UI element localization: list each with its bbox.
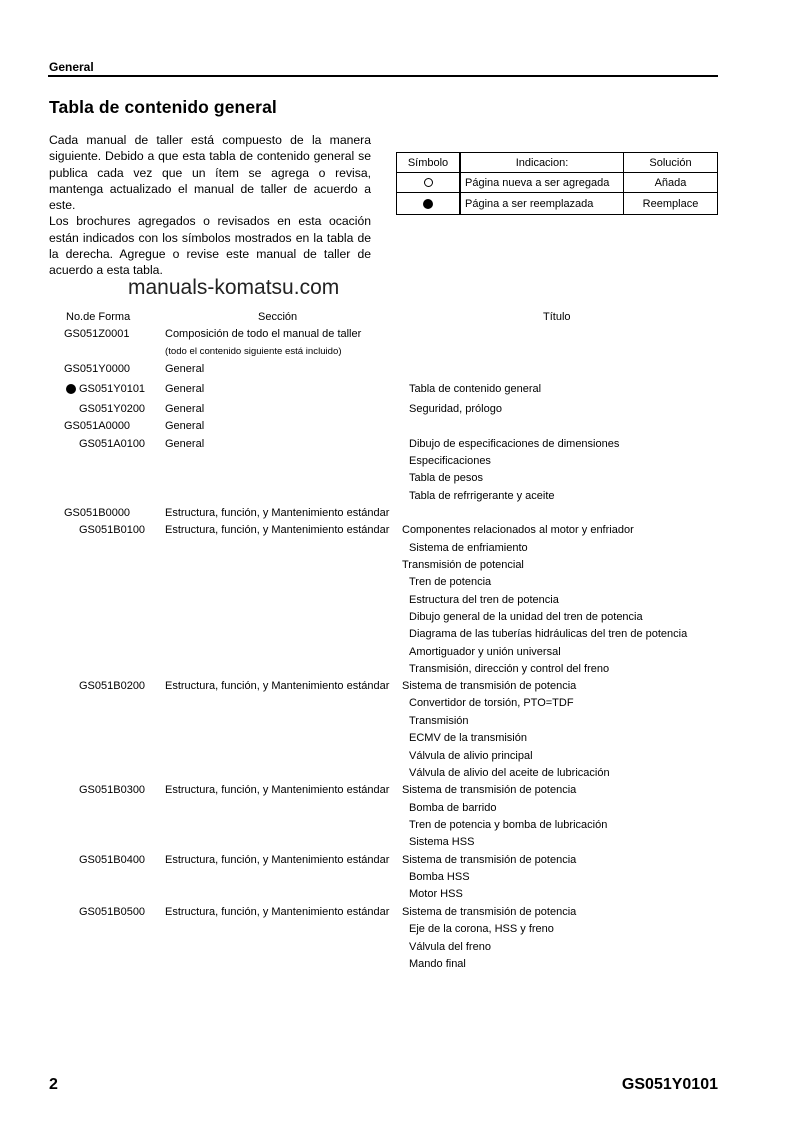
legend-row: Página a ser reemplazada Reemplace (397, 193, 718, 215)
section-name: General (165, 363, 204, 375)
legend-solution: Reemplace (624, 193, 718, 215)
section-name: (todo el contenido siguiente está inclui… (165, 346, 342, 357)
title-entry: Transmisión de potencial (402, 559, 524, 571)
section-name: General (165, 383, 204, 395)
form-number: GS051Y0101 (79, 383, 145, 395)
title-entry: Sistema de enfriamiento (409, 542, 528, 554)
column-header-title: Título (543, 311, 571, 323)
form-number: GS051B0400 (79, 854, 145, 866)
title-entry: Seguridad, prólogo (409, 403, 502, 415)
symbol-legend-table: Símbolo Indicacion: Solución Página nuev… (396, 152, 718, 215)
title-entry: Motor HSS (409, 888, 463, 900)
title-entry: Mando final (409, 958, 466, 970)
column-header-section: Sección (258, 311, 297, 323)
title-entry: Dibujo de especificaciones de dimensione… (409, 438, 619, 450)
legend-indication: Página a ser reemplazada (460, 193, 624, 215)
legend-indication: Página nueva a ser agregada (460, 173, 624, 193)
title-entry: Válvula del freno (409, 941, 491, 953)
title-entry: Convertidor de torsión, PTO=TDF (409, 697, 574, 709)
form-number: GS051Z0001 (64, 328, 129, 340)
title-entry: Sistema de transmisión de potencia (402, 680, 576, 692)
title-entry: Dibujo general de la unidad del tren de … (409, 611, 643, 623)
section-name: General (165, 438, 204, 450)
title-entry: Transmisión (409, 715, 469, 727)
form-number: GS051B0500 (79, 906, 145, 918)
page-number: 2 (49, 1076, 58, 1094)
title-entry: Bomba HSS (409, 871, 470, 883)
title-entry: ECMV de la transmisión (409, 732, 527, 744)
section-name: Estructura, función, y Mantenimiento est… (165, 906, 389, 918)
title-entry: Diagrama de las tuberías hidráulicas del… (409, 628, 687, 640)
legend-header-solution: Solución (624, 153, 718, 173)
form-number: GS051B0100 (79, 524, 145, 536)
section-name: Composición de todo el manual de taller (165, 328, 361, 340)
section-name: Estructura, función, y Mantenimiento est… (165, 524, 389, 536)
title-entry: Tabla de contenido general (409, 383, 541, 395)
legend-header-indication: Indicacion: (460, 153, 624, 173)
running-header: General (49, 60, 94, 74)
legend-header-symbol: Símbolo (397, 153, 461, 173)
form-number: GS051Y0200 (79, 403, 145, 415)
watermark-link[interactable]: manuals-komatsu.com (128, 276, 339, 300)
title-entry: Válvula de alivio del aceite de lubricac… (409, 767, 610, 779)
title-entry: Sistema de transmisión de potencia (402, 784, 576, 796)
legend-header-row: Símbolo Indicacion: Solución (397, 153, 718, 173)
intro-paragraph-2: Los brochures agregados o revisados en e… (49, 213, 371, 278)
column-header-form-no: No.de Forma (66, 311, 130, 323)
section-name: Estructura, función, y Mantenimiento est… (165, 507, 389, 519)
section-name: General (165, 403, 204, 415)
intro-paragraph-1: Cada manual de taller está compuesto de … (49, 132, 371, 213)
section-name: Estructura, función, y Mantenimiento est… (165, 854, 389, 866)
title-entry: Transmisión, dirección y control del fre… (409, 663, 609, 675)
title-entry: Componentes relacionados al motor y enfr… (402, 524, 634, 536)
title-entry: Sistema de transmisión de potencia (402, 854, 576, 866)
form-number: GS051Y0000 (64, 363, 130, 375)
form-number: GS051B0300 (79, 784, 145, 796)
title-entry: Válvula de alivio principal (409, 750, 533, 762)
open-circle-icon (424, 178, 433, 187)
title-entry: Tren de potencia y bomba de lubricación (409, 819, 607, 831)
footer-form-code: GS051Y0101 (622, 1076, 718, 1094)
header-divider (48, 75, 718, 77)
page-title: Tabla de contenido general (49, 97, 277, 118)
legend-row: Página nueva a ser agregada Añada (397, 173, 718, 193)
title-entry: Especificaciones (409, 455, 491, 467)
title-entry: Amortiguador y unión universal (409, 646, 561, 658)
title-entry: Sistema de transmisión de potencia (402, 906, 576, 918)
title-entry: Sistema HSS (409, 836, 474, 848)
form-number: GS051A0100 (79, 438, 145, 450)
form-number: GS051B0000 (64, 507, 130, 519)
title-entry: Tren de potencia (409, 576, 491, 588)
section-name: Estructura, función, y Mantenimiento est… (165, 680, 389, 692)
title-entry: Tabla de refrrigerante y aceite (409, 490, 555, 502)
filled-circle-icon (66, 384, 76, 394)
title-entry: Tabla de pesos (409, 472, 483, 484)
section-name: General (165, 420, 204, 432)
title-entry: Bomba de barrido (409, 802, 496, 814)
section-name: Estructura, función, y Mantenimiento est… (165, 784, 389, 796)
form-number: GS051B0200 (79, 680, 145, 692)
form-number: GS051A0000 (64, 420, 130, 432)
title-entry: Estructura del tren de potencia (409, 594, 559, 606)
legend-solution: Añada (624, 173, 718, 193)
filled-circle-icon (423, 199, 433, 209)
title-entry: Eje de la corona, HSS y freno (409, 923, 554, 935)
intro-text: Cada manual de taller está compuesto de … (49, 132, 371, 279)
